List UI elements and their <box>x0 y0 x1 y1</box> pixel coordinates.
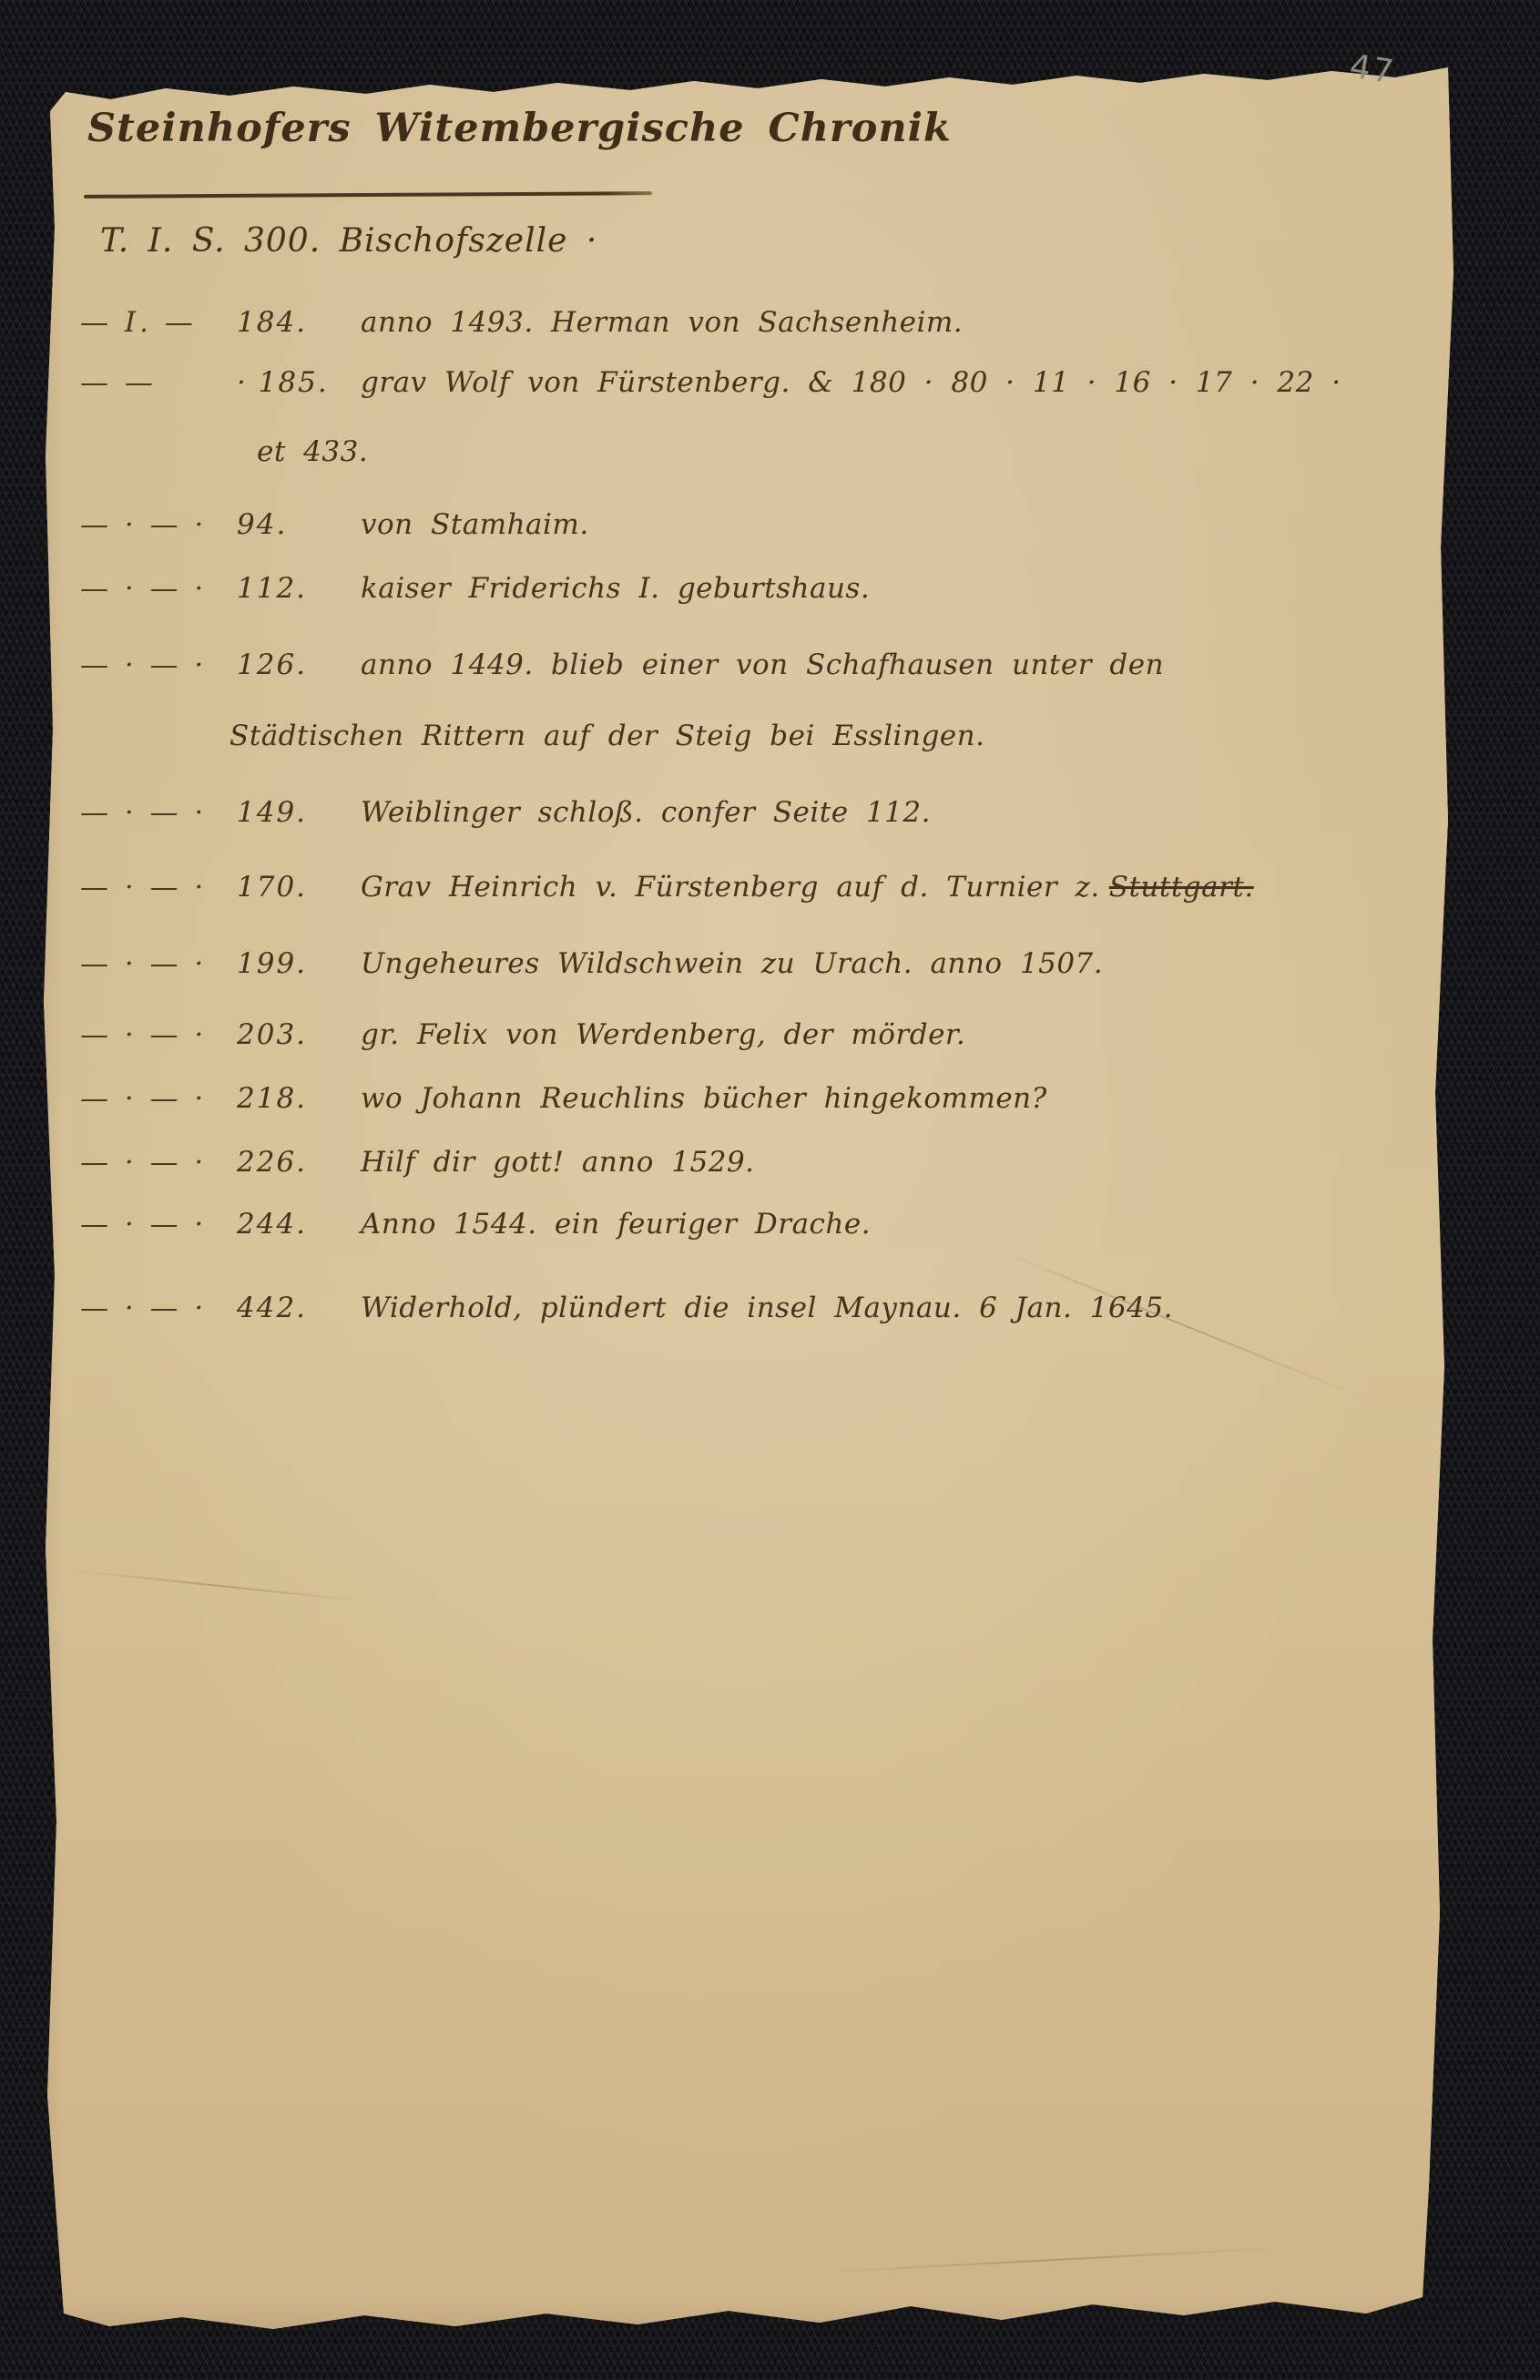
title-underline <box>84 191 652 199</box>
entry-prefix: — · — · <box>80 947 237 980</box>
entry-text: anno 1449. blieb einer von Schafhausen u… <box>361 649 1164 681</box>
entry-row: — · — ·203.gr. Felix von Werdenberg, der… <box>80 1018 965 1051</box>
paper-crease <box>820 2246 1292 2273</box>
entry-prefix: — · — · <box>80 572 237 605</box>
entry-page-number: · 185. <box>237 366 330 399</box>
entry-prefix: — · — · <box>80 508 237 541</box>
entry-row: — · — ·442.Widerhold, plündert die insel… <box>80 1292 1173 1324</box>
entry-text: gr. Felix von Werdenberg, der mörder. <box>361 1018 965 1051</box>
entry-page-number: 94. <box>237 508 330 541</box>
entry-text: Hilf dir gott! anno 1529. <box>361 1146 755 1179</box>
entry-prefix: — · — · <box>80 1082 237 1115</box>
entry-page-number: 218. <box>237 1082 330 1115</box>
folio-number: 47 <box>1347 47 1398 91</box>
entry-row: — · — ·170.Grav Heinrich v. Fürstenberg … <box>80 871 1254 904</box>
entry-prefix: — I. — <box>80 306 237 339</box>
entry-row: — · — ·126.anno 1449. blieb einer von Sc… <box>80 649 1164 681</box>
entry-page-number: 226. <box>237 1146 330 1179</box>
entry-continuation: Städtischen Rittern auf der Steig bei Es… <box>229 720 984 752</box>
entry-page-number: 442. <box>237 1292 330 1324</box>
entry-prefix: — — <box>80 366 237 399</box>
entry-row: — · — ·226.Hilf dir gott! anno 1529. <box>80 1146 755 1179</box>
entry-text: Anno 1544. ein feuriger Drache. <box>361 1208 871 1241</box>
manuscript-paper: Steinhofers Witembergische Chronik T. I.… <box>0 0 1540 2380</box>
entry-continuation: et 433. <box>257 435 368 468</box>
entry-page-number: 149. <box>237 796 330 829</box>
entry-row: — · — ·199.Ungeheures Wildschwein zu Ura… <box>80 947 1103 980</box>
entry-page-number: 199. <box>237 947 330 980</box>
entry-text: Ungeheures Wildschwein zu Urach. anno 15… <box>361 947 1103 980</box>
entry-page-number: 244. <box>237 1208 330 1241</box>
entry-prefix: — · — · <box>80 1208 237 1241</box>
document-title: Steinhofers Witembergische Chronik <box>87 106 952 151</box>
entry-text-struck: Stuttgart. <box>1109 871 1254 904</box>
entry-row: — —· 185.grav Wolf von Fürstenberg. & 18… <box>80 366 1341 399</box>
entry-page-number: 184. <box>237 306 330 339</box>
entry-row: — · — ·149.Weiblinger schloß. confer Sei… <box>80 796 931 829</box>
entry-text: grav Wolf von Fürstenberg. & 180 · 80 · … <box>361 366 1341 399</box>
entry-prefix: — · — · <box>80 1146 237 1179</box>
entry-text: von Stamhaim. <box>361 508 589 541</box>
paper-crease <box>65 1568 372 1603</box>
entry-prefix: — · — · <box>80 796 237 829</box>
entry-text: kaiser Friderichs I. geburtshaus. <box>361 572 870 605</box>
entry-prefix: — · — · <box>80 1292 237 1324</box>
entry-text: Grav Heinrich v. Fürstenberg auf d. Turn… <box>361 871 1100 904</box>
entry-page-number: 203. <box>237 1018 330 1051</box>
entry-prefix: — · — · <box>80 871 237 904</box>
entry-page-number: 112. <box>237 572 330 605</box>
entry-text: Weiblinger schloß. confer Seite 112. <box>361 796 931 829</box>
document-subtitle: T. I. S. 300. Bischofszelle · <box>100 222 597 260</box>
entry-text: anno 1493. Herman von Sachsenheim. <box>361 306 963 339</box>
entry-row: — · — ·94.von Stamhaim. <box>80 508 589 541</box>
entry-row: — · — ·112.kaiser Friderichs I. geburtsh… <box>80 572 870 605</box>
photo-of-manuscript: { "page": { "folio_number": "47", "title… <box>0 0 1540 2380</box>
entry-page-number: 170. <box>237 871 330 904</box>
entry-text: wo Johann Reuchlins bücher hingekommen? <box>361 1082 1047 1115</box>
entry-text: Widerhold, plündert die insel Maynau. 6 … <box>361 1292 1173 1324</box>
entry-row: — I. —184.anno 1493. Herman von Sachsenh… <box>80 306 963 339</box>
entry-row: — · — ·244.Anno 1544. ein feuriger Drach… <box>80 1208 871 1241</box>
entry-prefix: — · — · <box>80 1018 237 1051</box>
entry-prefix: — · — · <box>80 649 237 681</box>
entry-row: — · — ·218.wo Johann Reuchlins bücher hi… <box>80 1082 1047 1115</box>
entry-page-number: 126. <box>237 649 330 681</box>
